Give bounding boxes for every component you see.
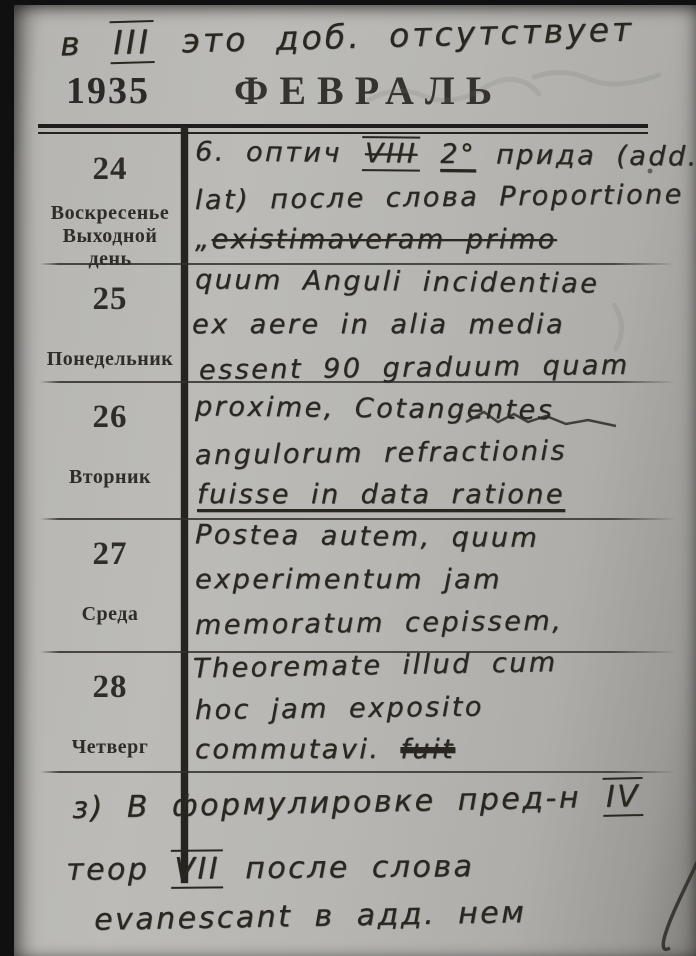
date-number: 26 xyxy=(40,399,180,436)
day-name: Четверг xyxy=(40,736,180,759)
bottom-handwriting-line: з) В формулировке пред-н IV xyxy=(72,779,644,826)
calendar-day-cell: 24ВоскресеньеВыходной день xyxy=(40,151,180,261)
scanned-diary-photo: { "header": { "year": "1935", "month": "… xyxy=(0,0,696,956)
day-name: Вторник xyxy=(40,466,180,489)
handwriting-segment: Postea autem, quum xyxy=(195,519,539,554)
handwriting-segment: после слова xyxy=(223,849,475,886)
handwriting-segment: lat) после слова Proportione xyxy=(195,179,684,216)
marked-handwriting-segment: fuit xyxy=(400,734,455,765)
handwriting-line: memoratum cepissem, xyxy=(195,603,696,652)
handwriting-segment: quum Anguli incidentiae xyxy=(195,264,600,299)
marked-handwriting-segment: VIII xyxy=(362,136,421,172)
handwriting-segment: ex aere in alia media xyxy=(192,309,565,340)
handwriting-line: proxime, Cotangentes xyxy=(195,391,696,439)
handwriting-segment: commutavi. xyxy=(195,734,400,765)
calendar-day-cell: 27Среда xyxy=(40,536,180,649)
bottom-handwriting-line: теор VII после слова xyxy=(66,849,475,888)
handwriting-segment xyxy=(420,139,440,170)
handwriting-line: fuisse in data ratione xyxy=(197,479,696,522)
handwriting-segment: angulorum refractionis xyxy=(195,435,567,471)
handwriting-line: ex aere in alia media xyxy=(192,309,696,352)
handwriting-line: „existimaveram primo xyxy=(195,224,696,267)
handwriting-segment: essent 90 graduum quam xyxy=(199,349,630,385)
handwriting-segment: memoratum cepissem, xyxy=(195,605,564,640)
handwriting-line: lat) после слова Proportione xyxy=(195,178,696,227)
handwriting-segment: это доб. отсутствует xyxy=(154,9,635,61)
diary-page: в III это доб. отсутствует 1935 ФЕВРАЛЬ … xyxy=(14,5,696,956)
date-number: 28 xyxy=(40,669,180,706)
day-name: Понедельник xyxy=(40,348,180,371)
handwriting-segment: прида (add. xyxy=(476,139,696,172)
date-number: 24 xyxy=(40,151,180,188)
date-number: 27 xyxy=(40,536,180,573)
handwriting-line: quum Anguli incidentiae xyxy=(195,264,696,312)
handwriting-segment: 6. оптич xyxy=(195,136,362,169)
handwriting-line: Postea autem, quum xyxy=(195,519,696,567)
handwriting-line: experimentum jam xyxy=(195,564,696,607)
handwriting-line: angulorum refractionis xyxy=(195,433,696,482)
column-divider-rule xyxy=(181,126,188,883)
handwriting-segment: evanescant в адд. нем xyxy=(94,895,527,938)
calendar-day-cell: 28Четверг xyxy=(40,669,180,769)
date-number: 25 xyxy=(40,281,180,318)
calendar-day-cell: 25Понедельник xyxy=(40,281,180,379)
stray-pen-stroke xyxy=(663,841,696,949)
handwriting-line: hoc jam exposito xyxy=(195,688,696,737)
handwriting-segment: proxime, Cotangentes xyxy=(195,391,554,426)
calendar-day-cell: 26Вторник xyxy=(40,399,180,516)
day-name: Воскресенье xyxy=(40,202,180,225)
handwriting-line: commutavi. fuit xyxy=(195,734,696,777)
day-name: Среда xyxy=(40,603,180,626)
handwriting-segment: з) В формулировке пред-н xyxy=(72,780,604,826)
handwriting-line: 6. оптич VIII 2° прида (add. xyxy=(195,136,696,184)
day-name: Выходной день xyxy=(40,225,180,271)
marked-handwriting-segment: III xyxy=(109,20,154,64)
marked-handwriting-segment: 2° xyxy=(440,139,476,170)
handwriting-segment: Theoremate illud cum xyxy=(193,647,558,684)
marked-handwriting-segment: IV xyxy=(602,777,643,817)
handwriting-line: essent 90 graduum quam xyxy=(199,348,696,397)
handwriting-segment: „ xyxy=(195,224,212,255)
marked-handwriting-segment: VII xyxy=(171,849,223,888)
year-label: 1935 xyxy=(66,69,150,113)
marked-handwriting-segment: existimaveram primo xyxy=(212,224,557,255)
handwriting-segment: теор xyxy=(66,852,172,888)
bottom-handwriting-line: evanescant в адд. нем xyxy=(94,895,527,938)
month-title: ФЕВРАЛЬ xyxy=(234,67,503,114)
handwriting-line: Theoremate illud cum xyxy=(193,645,696,696)
handwriting-segment: experimentum jam xyxy=(195,564,502,595)
handwriting-segment: в xyxy=(60,23,111,63)
top-annotation: в III это доб. отсутствует xyxy=(60,9,635,63)
handwriting-segment: hoc jam exposito xyxy=(195,691,484,726)
header-double-rule xyxy=(38,124,648,134)
handwritten-notes: 6. оптич VIII 2° прида (add.lat) после с… xyxy=(195,139,696,777)
marked-handwriting-segment: fuisse in data ratione xyxy=(197,479,565,510)
